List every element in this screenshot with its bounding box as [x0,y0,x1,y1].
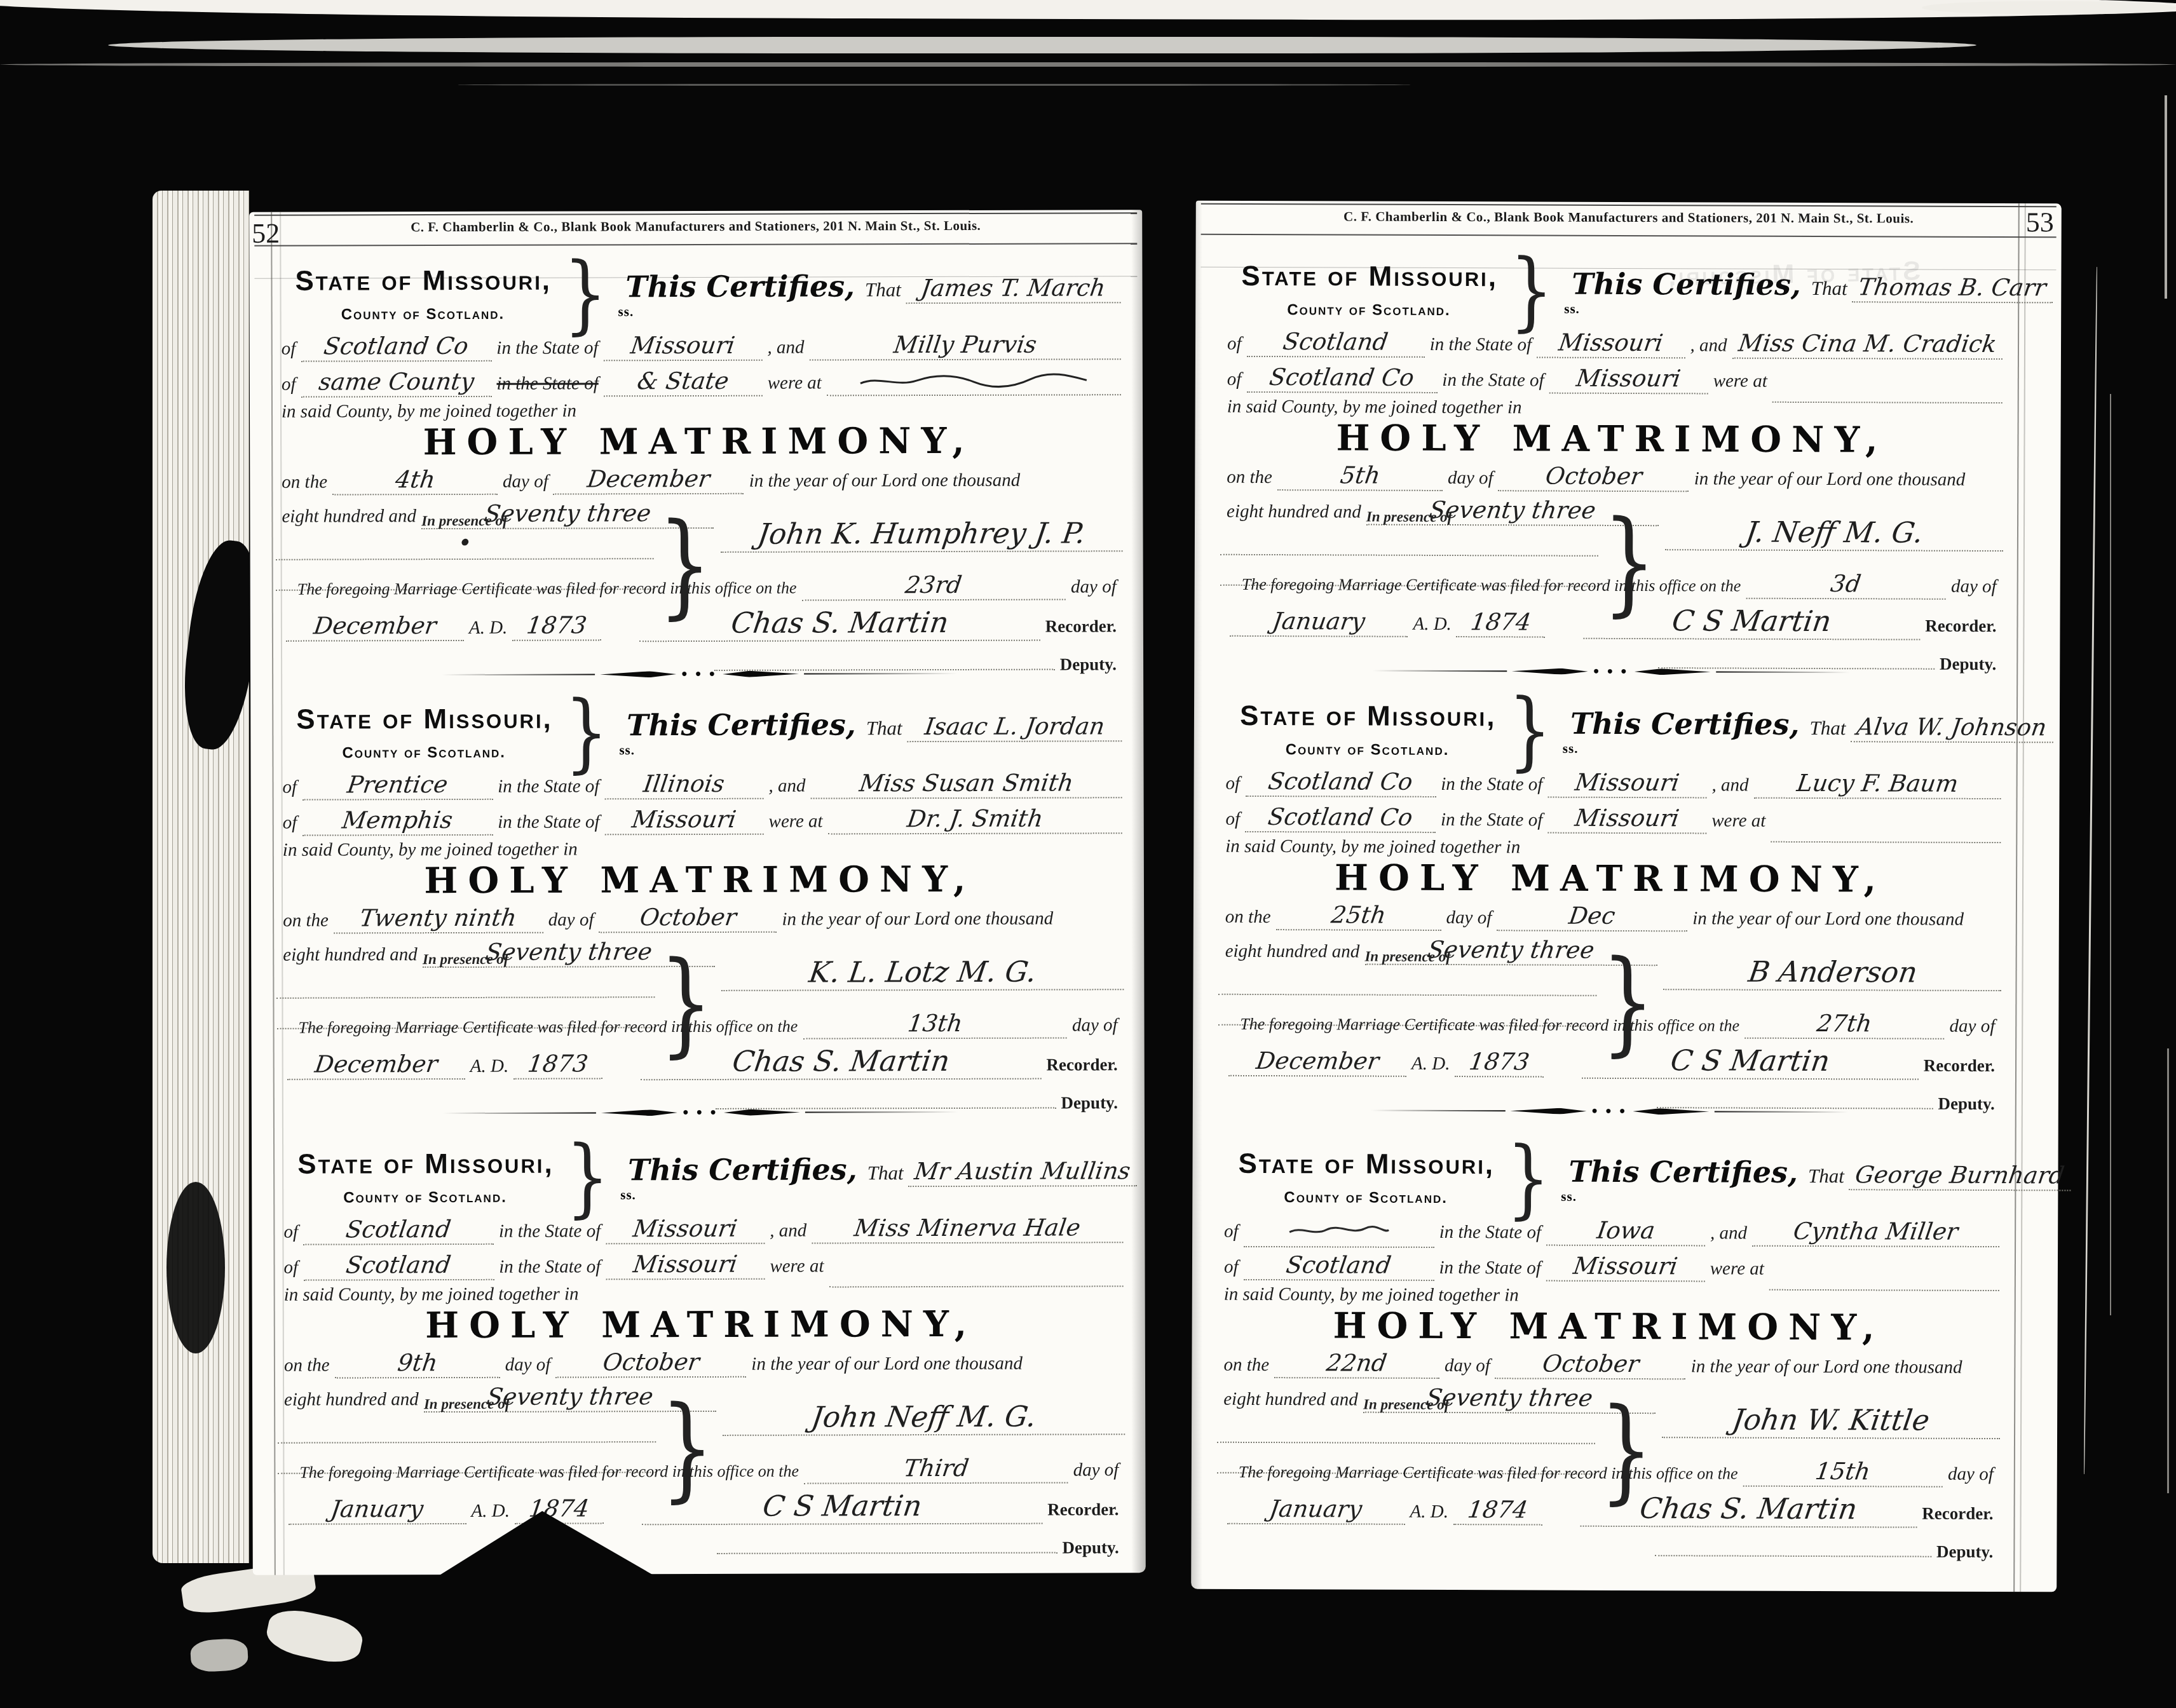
recorder-signature-field: C S Martin [642,1489,1043,1526]
groom-residence-field: Scotland [303,1216,494,1245]
printed-text: in the year of our Lord one thousand [1687,907,1969,931]
bride-state-field: Missouri [606,1250,765,1280]
state-heading: State of Missouri, [297,1148,571,1181]
certifies-heading: This Certifies, [625,269,860,304]
printed-text: of [276,337,301,360]
filed-year-field: 1873 [512,611,601,640]
printed-text: , and [1706,773,1753,797]
marriage-certificate: State of Missouri, County of Scotland. }… [268,254,1129,695]
printed-text: in the State of [1434,1256,1546,1280]
groom-residence-field: Scotland [1247,328,1425,358]
printed-text: in the year of our Lord one thousand [1689,467,1971,491]
deputy-line [716,1085,1056,1109]
holy-matrimony-heading: HOLY MATRIMONY, [1211,1305,2007,1349]
filed-year-field: 1873 [1455,1048,1544,1077]
officiant-signature-field: John K. Humphrey J. P. [720,516,1122,553]
printed-text: of [278,1221,303,1244]
groom-state-field: Missouri [604,332,763,362]
brace-glyph: } [1508,688,1552,774]
holy-matrimony-heading: HOLY MATRIMONY, [270,858,1130,902]
certifies-heading: This Certifies, [627,707,861,742]
brace-glyph: } [1506,1136,1550,1222]
printed-text: of [1220,808,1245,830]
paper-chip [190,1638,248,1673]
wedding-month-field: October [555,1348,746,1378]
printed-text: in said County, by me joined together in [1219,1283,1524,1307]
witness-line [1220,525,1598,557]
printed-text: The foregoing Marriage Certificate was f… [1234,1462,1743,1484]
deputy-label: Deputy. [1055,654,1122,675]
recorder-label: Recorder. [1040,616,1122,637]
marriage-certificate: State of Missouri, County of Scotland. }… [1210,1139,2007,1580]
page-edge-sliver [2165,95,2167,299]
state-heading: State of Missouri, [295,265,568,297]
bride-residence-field: Memphis [302,806,493,836]
printed-text: in the year of our Lord one thousand [744,469,1026,492]
printed-text: day of [1066,575,1122,598]
printed-text: on the [278,909,334,932]
page-number: 53 [2026,206,2054,238]
printed-text: The foregoing Marriage Certificate was f… [292,578,802,600]
paper-chip [263,1604,365,1668]
brace-glyph: } [1600,1393,1654,1507]
printed-text: The foregoing Marriage Certificate was f… [294,1017,803,1039]
were-at-field [1771,818,2001,843]
printed-text: The foregoing Marriage Certificate was f… [1237,574,1746,597]
record-book-page-53: C. F. Chamberlin & Co., Blank Book Manuf… [1191,201,2062,1592]
printed-text: of [276,373,301,396]
presence-label: In presence of [276,951,655,968]
holy-matrimony-heading: HOLY MATRIMONY, [271,1303,1131,1347]
printed-text: in the State of [1436,773,1547,796]
were-at-field [1769,1266,1999,1291]
printed-text: on the [1218,1353,1274,1377]
printed-text: in the State of [493,775,604,798]
officiant-signature-field: B Anderson [1663,954,2001,991]
filed-year-field: 1873 [513,1050,602,1079]
officiant-signature: John Neff M. G. [803,1400,1044,1435]
groom-name: Mr Austin Mullins [907,1157,1139,1186]
recorder-signature: C S Martin [1662,1043,1839,1078]
printed-text: A. D. [1405,1500,1454,1524]
ruled-line [254,212,1137,216]
bride-state-field: Missouri [604,806,763,836]
printed-text: That [1803,1164,1849,1189]
printer-imprint: C. F. Chamberlin & Co., Blank Book Manuf… [1196,208,2062,227]
bride-name: Lucy F. Baum [1788,769,1966,798]
deputy-label: Deputy. [1057,1537,1124,1559]
filed-year-field: 1874 [1457,608,1546,637]
groom-residence-field: Prentice [302,771,493,801]
page-edge-sliver [2083,267,2098,1474]
filed-day-field: Third [804,1454,1068,1484]
brace-glyph: } [1509,248,1553,334]
printed-text: A. D. [466,1500,515,1522]
recorder-signature: Chas S. Martin [1631,1491,1866,1526]
printed-text: , and [763,775,810,797]
presence-label: In presence of [1219,948,1597,966]
deputy-line [1655,1532,1931,1557]
were-at-field [1772,379,2003,403]
recorder-label: Recorder. [1042,1499,1124,1521]
wedding-month-field: October [1495,1350,1686,1379]
county-heading: County of Scotland. [341,306,569,324]
bride-residence-field: Scotland [1243,1251,1434,1281]
officiant-signature-field: John W. Kittle [1662,1402,2000,1439]
bride-name-field: Miss Susan Smith [810,769,1122,799]
wedding-month-field: Dec [1497,902,1687,932]
printed-text: on the [279,1353,335,1376]
printed-text: of [1222,368,1247,391]
certificate-heading: State of Missouri, County of Scotland. [1240,700,1513,760]
printed-text: of [1219,1256,1244,1278]
scan-light-streak [0,62,2176,67]
printed-text: were at [763,371,827,395]
ink-scribble [859,371,1088,388]
bride-name-field: Miss Cina M. Cradick [1732,330,2003,360]
bride-name: Milly Purvis [886,331,1045,360]
groom-name-field: James T. March [906,274,1121,304]
ss-label: ss. [1563,741,1579,757]
recorder-signature: Chas S. Martin [723,606,957,640]
officiant-signature: K. L. Lotz M. G. [801,955,1045,990]
holy-matrimony-heading: HOLY MATRIMONY, [269,419,1129,464]
certificate-heading: State of Missouri, County of Scotland. [1241,261,1514,320]
printed-text: That [1806,276,1853,301]
printed-text: in said County, by me joined together in [279,1282,584,1306]
ornament-divider: ● ● ● [1373,665,1850,679]
printed-text: day of [1067,1013,1123,1036]
printed-text: of [278,1256,303,1279]
scan-light-streak [108,37,1976,53]
certifies-heading: This Certifies, [1568,1155,1803,1189]
brace-glyph: } [566,1135,609,1221]
deputy-label: Deputy. [1056,1092,1123,1114]
groom-name-field: Alva W. Johnson [1851,713,2053,743]
officiant-signature: John W. Kittle [1724,1403,1938,1438]
presence-label: In presence of [1217,1396,1595,1414]
printed-text: , and [765,1219,812,1242]
ss-label: ss. [620,1187,636,1203]
holy-matrimony-heading: HOLY MATRIMONY, [1213,857,2008,901]
printed-text: day of [1439,1354,1495,1378]
printed-text: That [860,278,906,302]
groom-state-field: Missouri [606,1215,765,1245]
were-at-field [829,1263,1123,1287]
were-at-field [827,371,1121,396]
book-gutter-shadow [1131,184,1202,1601]
printed-text: in the State of [494,1255,606,1278]
record-book-page-52: C. F. Chamberlin & Co., Blank Book Manuf… [249,210,1146,1575]
page-stack-edges [153,191,249,1563]
filed-month-field: January [1230,607,1408,637]
deputy-line [717,1529,1057,1554]
county-heading: County of Scotland. [1287,301,1514,320]
brace-glyph: } [660,1392,714,1505]
deputy-line [714,646,1055,671]
groom-name: Thomas B. Carr [1851,273,2055,302]
printed-text: day of [498,470,554,493]
printed-text: The foregoing Marriage Certificate was f… [1235,1014,1744,1036]
printed-text: of [1222,332,1247,355]
printed-text: A. D. [464,616,513,639]
scan-light-streak [458,84,1411,86]
printed-text: of [1221,772,1246,795]
printed-text: on the [1221,466,1277,489]
ss-label: ss. [1561,1189,1577,1205]
recorder-label: Recorder. [1917,1503,1998,1525]
recorder-signature-field: C S Martin [1584,604,1921,640]
filed-month-field: December [286,612,464,642]
ruled-line [1201,203,2057,208]
printed-text: day of [1946,575,2002,599]
printed-text: That [1804,716,1851,741]
recorder-signature: Chas S. Martin [724,1044,958,1079]
printed-text: day of [1443,466,1499,490]
filed-year-field: 1874 [515,1494,604,1524]
printed-text: were at [765,1254,829,1278]
scan-light-streak [0,0,2176,22]
printed-text: in the State of [1437,369,1549,392]
bride-state-field: Missouri [1546,1252,1705,1282]
filed-day-field: 13th [803,1009,1067,1039]
printed-text: , and [763,336,810,359]
marriage-certificate: State of Missouri, County of Scotland. }… [1212,691,2009,1132]
filed-day-field: 23rd [801,571,1066,600]
printed-text: day of [1945,1015,2001,1038]
printed-text: of [278,811,303,834]
printed-text: That [862,1161,909,1186]
printed-text: day of [1943,1463,1999,1486]
filed-month-field: December [1228,1047,1406,1077]
printed-text: in the year of our Lord one thousand [1686,1355,1968,1379]
officiant-signature: John K. Humphrey J. P. [749,516,1094,551]
state-heading: State of Missouri, [1238,1148,1511,1181]
witness-line [276,967,655,999]
witness-line [1218,965,1596,996]
printed-text-struck: in the State of [491,372,603,395]
witness-line: • [276,529,654,560]
bride-name-field: Milly Purvis [810,330,1121,360]
county-heading: County of Scotland. [1286,741,1513,759]
filed-year-field: 1874 [1453,1496,1542,1525]
printed-text: in the State of [1436,808,1547,832]
presence-label: In presence of [275,512,653,530]
brace-glyph: } [563,252,607,337]
printed-text: day of [543,908,599,931]
ink-scribble [1288,1223,1390,1238]
recorder-label: Recorder. [1041,1054,1122,1076]
wedding-day-field: 9th [335,1349,500,1379]
bride-name-field: Miss Minerva Hale [812,1214,1123,1244]
printed-text: in the State of [1425,333,1537,356]
groom-name-field: George Burnhard [1849,1161,2071,1191]
marriage-certificate: State of Missouri, County of Scotland. }… [269,693,1131,1134]
recorder-signature-field: Chas S. Martin [641,1044,1042,1081]
filed-day-field: 3d [1746,570,1946,600]
ornament-divider: ● ● ● [442,668,958,681]
recorder-signature: C S Martin [1664,604,1840,639]
bride-residence-field: Scotland Co [1245,803,1436,833]
wedding-month-field: October [599,904,777,933]
county-heading: County of Scotland. [342,744,569,762]
page-edge-sliver [2167,1048,2169,1493]
state-heading: State of Missouri, [1241,261,1514,294]
printed-text: were at [764,810,828,833]
printed-text: in the year of our Lord one thousand [746,1352,1028,1376]
printed-text: A. D. [1408,613,1457,636]
page-number: 52 [252,217,280,250]
groom-state-field: Missouri [1547,769,1706,799]
recorder-signature-field: Chas S. Martin [639,606,1040,642]
ss-label: ss. [1564,301,1580,317]
marriage-certificate: State of Missouri, County of Scotland. }… [271,1137,1132,1578]
wedding-day-field: 4th [332,466,498,496]
deputy-label: Deputy. [1933,1094,2000,1115]
groom-name: George Burnhard [1847,1161,2073,1189]
recorder-label: Recorder. [1920,616,2001,637]
groom-name: Isaac L. Jordan [916,712,1113,741]
printed-text: in the State of [494,1219,606,1243]
holy-matrimony-heading: HOLY MATRIMONY, [1214,417,2009,461]
printed-text: in the State of [1434,1221,1546,1244]
bride-name-field: Cyntha Miller [1752,1217,1999,1247]
printed-text: of [1219,1220,1244,1243]
officiant-signature-field: K. L. Lotz M. G. [721,954,1124,991]
brace-glyph: } [659,947,712,1060]
presence-label: In presence of [1220,508,1598,526]
bride-residence-field: same County [301,368,491,398]
groom-name: Alva W. Johnson [1849,713,2055,742]
printed-text: day of [1068,1458,1124,1481]
printed-text: day of [1441,906,1497,930]
witness-line [278,1412,656,1444]
wedding-day-field: 25th [1275,901,1441,931]
ruled-line [1201,234,2057,238]
filed-month-field: January [1227,1495,1405,1525]
certifies-heading: This Certifies, [1572,267,1806,302]
recorder-label: Recorder. [1919,1055,2000,1077]
certificate-heading: State of Missouri, County of Scotland. [297,1148,571,1207]
state-heading: State of Missouri, [296,703,569,736]
printed-text: in said County, by me joined together in [1220,835,1525,859]
filed-month-field: December [287,1050,465,1080]
county-heading: County of Scotland. [343,1189,571,1207]
ornament-divider: ● ● ● [1371,1105,1848,1118]
deputy-label: Deputy. [1935,654,2001,675]
groom-residence-field [1244,1223,1434,1248]
printed-text: The foregoing Marriage Certificate was f… [294,1461,804,1484]
certificate-heading: State of Missouri, County of Scotland. [296,703,569,762]
brace-glyph: } [1603,506,1657,619]
printed-text: A. D. [465,1055,514,1078]
bride-name: Cyntha Miller [1785,1217,1966,1246]
printed-text: in said County, by me joined together in [278,837,583,862]
certifies-heading: This Certifies, [628,1152,862,1187]
printed-text: A. D. [1406,1052,1455,1076]
bride-state-field: Missouri [1549,365,1708,395]
printed-text: in said County, by me joined together in [276,399,581,423]
printed-text: in said County, by me joined together in [1222,395,1527,419]
ruled-line [254,243,1137,247]
printed-text: That [861,716,908,741]
county-heading: County of Scotland. [1284,1189,1511,1207]
wedding-month-field: December [554,465,744,495]
shadow-blob [167,1182,225,1353]
page-edge-sliver [2110,394,2111,1315]
filed-day-field: 27th [1744,1010,1945,1040]
printed-text: were at [1708,369,1772,393]
recorder-signature: C S Martin [754,1489,930,1524]
wedding-day-field: Twenty ninth [334,904,543,934]
state-heading: State of Missouri, [1240,700,1513,733]
printed-text: in the State of [491,336,603,360]
bride-name: Miss Cina M. Cradick [1730,330,2004,358]
wedding-day-field: 5th [1277,461,1443,491]
groom-state-field: Illinois [604,770,763,800]
marriage-certificate: State of Missouri, County of Scotland. }… [1213,252,2010,693]
bride-name-field: Lucy F. Baum [1753,769,2001,799]
bride-residence-field: Scotland [303,1251,494,1281]
recorder-signature-field: Chas S. Martin [1581,1491,1917,1528]
certificate-heading: State of Missouri, County of Scotland. [1238,1148,1511,1208]
groom-name-field: Mr Austin Mullins [908,1157,1136,1187]
groom-name-field: Thomas B. Carr [1853,273,2053,303]
printed-text: day of [500,1353,556,1376]
printed-text: , and [1685,334,1732,357]
groom-residence-field: Scotland Co [1245,768,1436,797]
bride-residence-field: Scotland Co [1246,363,1437,393]
were-at-field: Dr. J. Smith [828,804,1122,834]
filed-day-field: 15th [1743,1458,1943,1488]
ss-label: ss. [619,742,635,758]
printer-imprint: C. F. Chamberlin & Co., Blank Book Manuf… [249,217,1142,236]
officiant-signature-field: John Neff M. G. [723,1399,1125,1436]
witness-line [1217,1413,1595,1444]
printed-text: in the State of [493,810,604,834]
groom-name: James T. March [913,274,1114,302]
printed-text: were at [1706,809,1771,832]
bride-state-field: Missouri [1547,804,1706,834]
wedding-month-field: October [1499,462,1689,492]
recorder-signature-field: C S Martin [1582,1043,1919,1080]
bride-state-field: & State [604,367,763,397]
printed-text: on the [276,471,332,494]
printed-text: in the year of our Lord one thousand [777,907,1058,931]
bride-name: Miss Minerva Hale [847,1214,1089,1242]
deputy-label: Deputy. [1931,1542,1998,1563]
scan-light-streak [1922,1,2176,14]
margin-line [2013,203,2020,1592]
printed-text: were at [1705,1257,1769,1280]
officiant-signature: J. Neff M. G. [1737,515,1931,550]
officiant-signature-field: J. Neff M. G. [1665,515,2003,552]
presence-label: In presence of [278,1395,656,1413]
printed-text: on the [1220,905,1276,929]
officiant-signature: B Anderson [1739,955,1926,990]
printed-text: of [278,776,303,799]
brace-glyph: } [564,690,608,776]
ss-label: ss. [618,304,634,320]
certificate-heading: State of Missouri, County of Scotland. [295,265,568,324]
groom-residence-field: Scotland Co [301,332,491,362]
brace-glyph: } [658,508,711,621]
certifies-heading: This Certifies, [1570,707,1805,742]
margin-line [2020,203,2026,1592]
bride-name: Miss Susan Smith [851,769,1081,797]
groom-state-field: Missouri [1537,329,1685,359]
printed-text: , and [1705,1221,1752,1245]
